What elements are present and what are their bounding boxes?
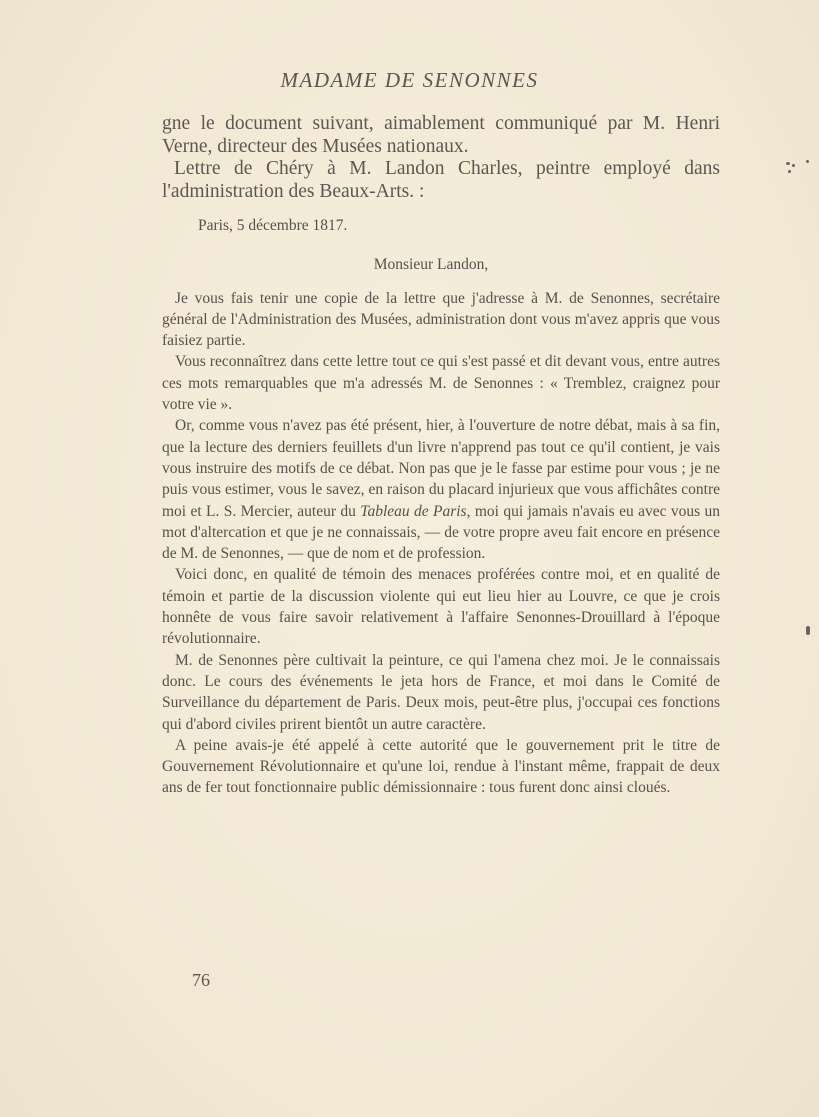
running-head: MADAME DE SENONNES: [0, 68, 819, 93]
page-number: 76: [192, 970, 210, 991]
ink-speck: [792, 164, 795, 167]
ink-speck: [806, 160, 809, 163]
book-page: MADAME DE SENONNES gne le document suiva…: [0, 0, 819, 1117]
letter-paragraph: Vous reconnaîtrez dans cette lettre tout…: [162, 351, 720, 415]
letter-paragraph: M. de Senonnes père cultivait la peintur…: [162, 650, 720, 735]
intro-paragraph: Lettre de Chéry à M. Landon Charles, pei…: [162, 158, 720, 203]
intro-text: gne le document suivant, aimablement com…: [162, 113, 720, 203]
ink-speck: [788, 170, 791, 173]
intro-paragraph: gne le document suivant, aimablement com…: [162, 113, 720, 158]
letter-paragraph: Or, comme vous n'avez pas été présent, h…: [162, 415, 720, 564]
book-title-italic: Tableau de Paris: [360, 503, 466, 520]
letter-paragraph: A peine avais-je été appelé à cette auto…: [162, 735, 720, 799]
letter-text: Paris, 5 décembre 1817. Monsieur Landon,…: [162, 215, 720, 799]
letter-dateline: Paris, 5 décembre 1817.: [162, 215, 720, 236]
ink-speck: [786, 162, 790, 165]
ink-speck: [806, 626, 810, 635]
letter-paragraph: Voici donc, en qualité de témoin des men…: [162, 564, 720, 649]
letter-salutation: Monsieur Landon,: [162, 254, 720, 275]
letter-paragraph: Je vous fais tenir une copie de la lettr…: [162, 288, 720, 352]
